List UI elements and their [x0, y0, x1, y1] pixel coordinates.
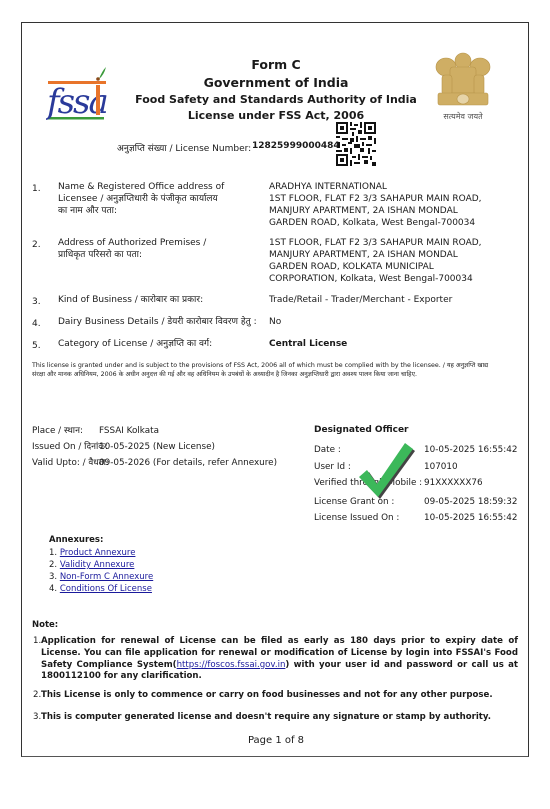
- place-label: Place / स्थान:: [32, 425, 83, 437]
- issued-on-value: 10-05-2025 (New License): [99, 441, 215, 453]
- foscos-link[interactable]: https://foscos.fssai.gov.in: [177, 660, 286, 670]
- note-number: 3.: [33, 712, 41, 724]
- page-number: Page 1 of 8: [22, 735, 530, 746]
- issued-on-officer-label: License Issued On :: [314, 512, 399, 524]
- detail-number: 3.: [32, 296, 46, 308]
- dairy-business: No: [269, 316, 514, 328]
- annexure-item: 3. Non-Form C Annexure: [49, 572, 153, 584]
- annexure-item: 2. Validity Annexure: [49, 560, 134, 572]
- officer-date-label: Date :: [314, 444, 341, 456]
- verified-mobile-value: 91XXXXXX76: [424, 477, 483, 489]
- detail-number: 5.: [32, 340, 46, 352]
- address-line: 1ST FLOOR, FLAT F2 3/3 SAHAPUR MAIN ROAD…: [269, 237, 514, 249]
- annexures-title: Annexures:: [49, 535, 103, 545]
- detail-label: Name & Registered Office address of Lice…: [58, 181, 228, 217]
- license-document: fssa Form C Government of India Food Saf…: [21, 22, 529, 757]
- emblem-motto: सत्यमेव जयते: [443, 111, 483, 121]
- note-text: This is computer generated license and d…: [41, 712, 518, 724]
- license-category: Central License: [269, 338, 514, 350]
- detail-number: 1.: [32, 183, 46, 195]
- officer-userid-label: User Id :: [314, 461, 351, 473]
- address-line: GARDEN ROAD, Kolkata, West Bengal-700034: [269, 217, 514, 229]
- validity-annexure-link[interactable]: Validity Annexure: [60, 560, 135, 570]
- conditions-of-license-link[interactable]: Conditions Of License: [60, 584, 152, 594]
- kind-of-business: Trade/Retail - Trader/Merchant - Exporte…: [269, 294, 514, 306]
- detail-label: Address of Authorized Premises / प्राधिक…: [58, 237, 228, 261]
- officer-date-value: 10-05-2025 16:55:42: [424, 444, 517, 456]
- detail-number: 4.: [32, 318, 46, 330]
- address-line: ARADHYA INTERNATIONAL: [269, 181, 514, 193]
- verified-check-icon: [355, 433, 415, 505]
- licensee-address: ARADHYA INTERNATIONAL 1ST FLOOR, FLAT F2…: [269, 181, 514, 229]
- annexure-number: 4.: [49, 584, 57, 594]
- license-disclaimer: This license is granted under and is sub…: [32, 362, 502, 379]
- note-item: 3. This is computer generated license an…: [33, 712, 518, 724]
- address-line: 1ST FLOOR, FLAT F2 3/3 SAHAPUR MAIN ROAD…: [269, 193, 514, 205]
- officer-userid-value: 107010: [424, 461, 458, 473]
- annexure-item: 4. Conditions Of License: [49, 584, 152, 596]
- detail-label: Category of License / अनुज्ञप्ति का वर्ग…: [58, 338, 278, 350]
- qr-code: [336, 122, 376, 166]
- grant-on-value: 09-05-2025 18:59:32: [424, 496, 517, 508]
- note-text: This License is only to commence or carr…: [41, 690, 518, 702]
- annexure-number: 2.: [49, 560, 57, 570]
- issued-on-label: Issued On / दिनांक:: [32, 441, 108, 453]
- note-number: 1.: [33, 636, 41, 648]
- issued-on-officer-value: 10-05-2025 16:55:42: [424, 512, 517, 524]
- address-line: MANJURY APARTMENT, 2A ISHAN MONDAL: [269, 205, 514, 217]
- note-item: 2. This License is only to commence or c…: [33, 690, 518, 702]
- annexure-number: 3.: [49, 572, 57, 582]
- note-number: 2.: [33, 690, 41, 702]
- non-form-c-annexure-link[interactable]: Non-Form C Annexure: [60, 572, 153, 582]
- valid-upto-value: 09-05-2026 (For details, refer Annexure): [99, 457, 277, 469]
- note-item: 1. Application for renewal of License ca…: [33, 636, 518, 683]
- annexure-number: 1.: [49, 548, 57, 558]
- detail-label: Dairy Business Details / डेयरी कारोबार व…: [58, 316, 278, 328]
- license-number-label: अनुज्ञप्ति संख्या / License Number:: [117, 141, 251, 154]
- place-value: FSSAI Kolkata: [99, 425, 159, 437]
- annexure-item: 1. Product Annexure: [49, 548, 135, 560]
- product-annexure-link[interactable]: Product Annexure: [60, 548, 136, 558]
- address-line: MANJURY APARTMENT, 2A ISHAN MONDAL: [269, 249, 514, 261]
- address-line: CORPORATION, Kolkata, West Bengal-700034: [269, 273, 514, 285]
- notes-title: Note:: [32, 620, 58, 630]
- license-number-value: 12825999000484: [252, 141, 340, 151]
- national-emblem: सत्यमेव जयते: [428, 47, 498, 127]
- detail-number: 2.: [32, 239, 46, 251]
- detail-label: Kind of Business / कारोबार का प्रकार:: [58, 294, 278, 306]
- address-line: GARDEN ROAD, KOLKATA MUNICIPAL: [269, 261, 514, 273]
- valid-upto-label: Valid Upto: / वैधता:: [32, 457, 109, 469]
- premises-address: 1ST FLOOR, FLAT F2 3/3 SAHAPUR MAIN ROAD…: [269, 237, 514, 285]
